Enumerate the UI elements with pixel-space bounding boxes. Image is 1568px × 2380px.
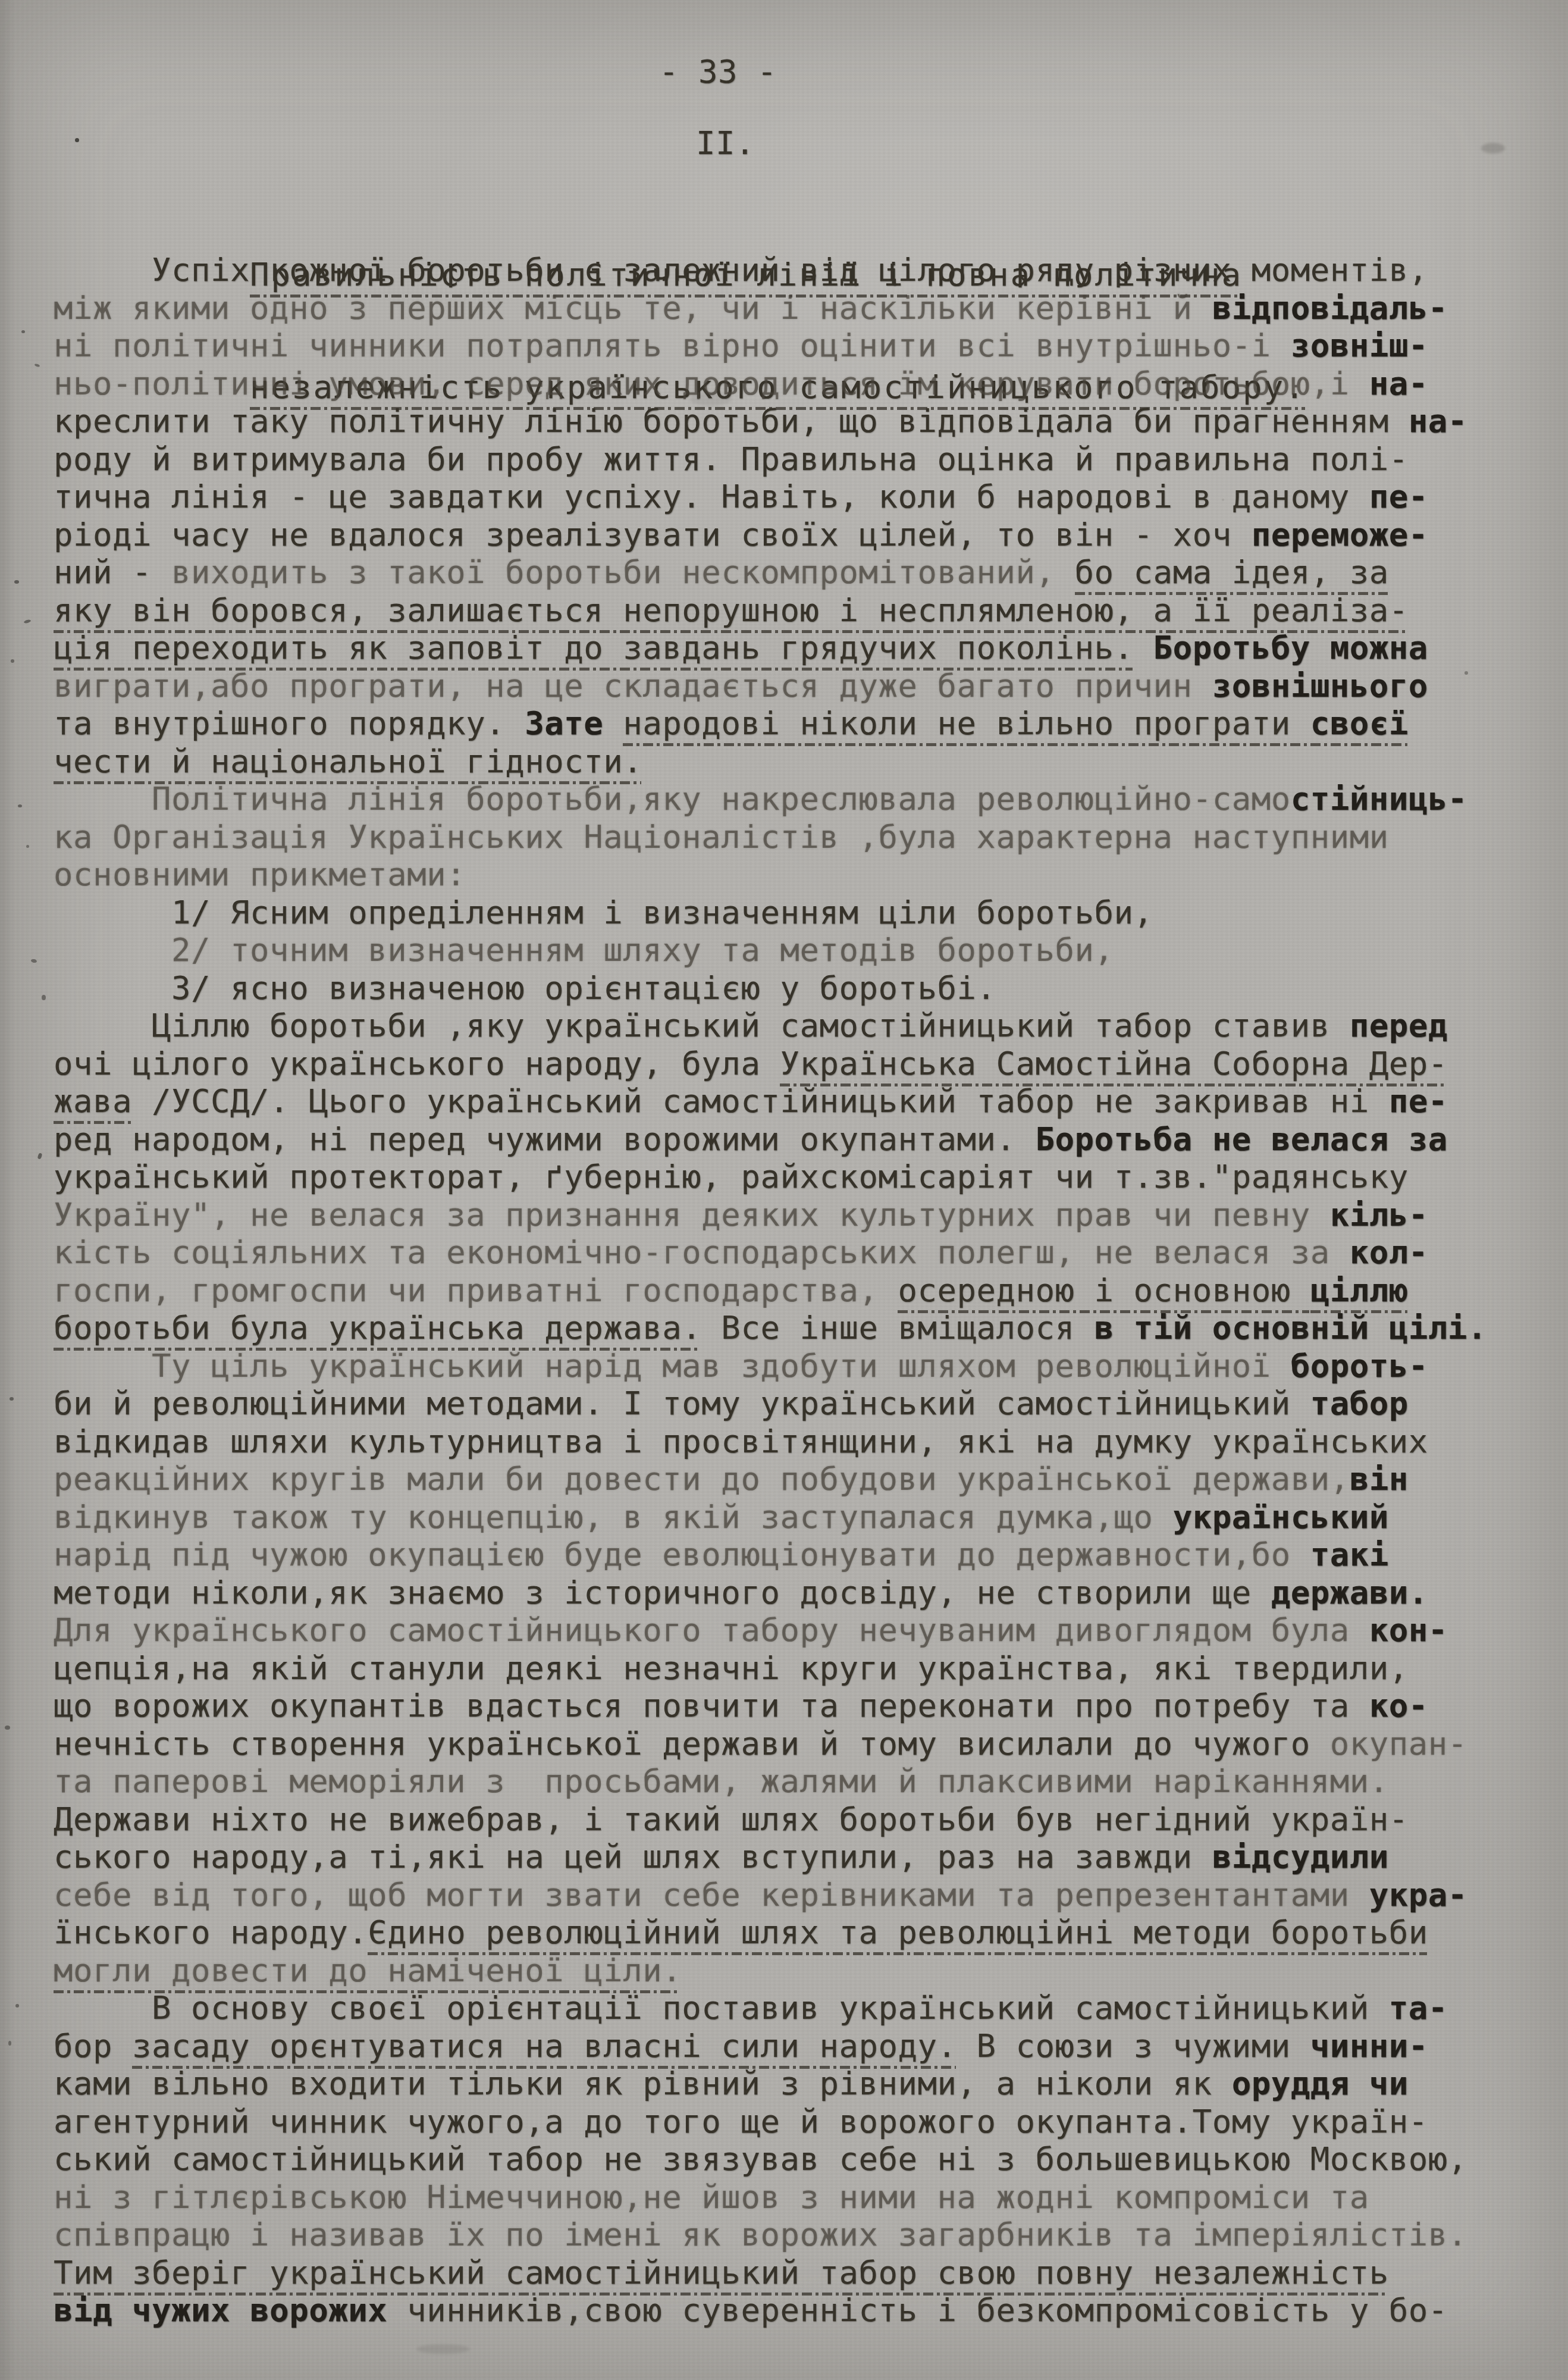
- page-number-text: - 33 -: [659, 53, 777, 90]
- text-segment: яку він боровся, залишається непорушною …: [54, 591, 1409, 629]
- text-segment: Ту ціль український нарід мав здобути шл…: [54, 1347, 1291, 1385]
- text-line: чести й національної гідности.: [54, 743, 1487, 781]
- text-line: відкинув також ту концепцію, в якій заст…: [54, 1498, 1487, 1536]
- text-segment: чинників,свою суверенність і безкомпромі…: [387, 2291, 1448, 2329]
- text-line: та внутрішного порядку. Зате народові ні…: [54, 704, 1487, 743]
- text-line: В основу своєї орієнтації поставив украї…: [54, 1989, 1487, 2027]
- ink-speck: [5, 1725, 10, 1730]
- text-segment: В союзи з чужими: [957, 2027, 1310, 2065]
- text-line: нечність створення української держави й…: [54, 1725, 1487, 1763]
- text-line: ні політичні чинники потраплять вірно оц…: [54, 327, 1487, 365]
- text-line: роду й витримувала би пробу життя. Прави…: [54, 440, 1487, 478]
- text-segment: /УССД/. Цього український самостійницьки…: [132, 1082, 1389, 1120]
- text-segment: Успіх кожної боротьби є залежний від ціл…: [54, 251, 1428, 289]
- text-segment: виграти,або програти, на це складається …: [54, 667, 1212, 704]
- text-segment: Українська Самостійна Соборна Дер-: [780, 1045, 1447, 1082]
- text-line: госпи, громгоспи чи приватні господарств…: [54, 1272, 1487, 1310]
- text-line: тична лінія - це завдатки успіху. Навіть…: [54, 478, 1487, 516]
- text-line: ний - виходить з такої боротьби нескомпр…: [54, 553, 1487, 591]
- text-line: Україну", не велася за признання деяких …: [54, 1196, 1487, 1234]
- text-line: Тим зберіг український самостійницький т…: [54, 2254, 1487, 2292]
- text-segment: Тим зберіг український самостійницький т…: [54, 2254, 1389, 2291]
- page-number: - 33 -: [620, 15, 777, 90]
- ink-speck: [26, 845, 29, 848]
- text-segment: та-: [1389, 1989, 1448, 2027]
- text-segment: ціллю: [1310, 1272, 1409, 1309]
- text-segment: Україну", не велася за признання деяких …: [54, 1196, 1330, 1233]
- text-line: креслити таку політичну лінію боротьби, …: [54, 402, 1487, 440]
- ink-speck: [30, 959, 37, 963]
- text-segment: ні політичні чинники потраплять вірно оц…: [54, 327, 1291, 364]
- text-line: Успіх кожної боротьби є залежний від ціл…: [54, 251, 1487, 289]
- text-segment: виходить з такої боротьби нескомпромітов…: [171, 553, 1075, 591]
- ink-speck: [24, 619, 32, 624]
- text-line: себе від того, щоб могти звати себе кері…: [54, 1876, 1487, 1914]
- text-segment: окупан-: [1330, 1725, 1467, 1762]
- text-line: методи ніколи,як знаємо з історичного до…: [54, 1574, 1487, 1612]
- text-segment: чести й національної гідности.: [54, 743, 642, 780]
- text-segment: держави.: [1271, 1574, 1428, 1611]
- text-segment: бо сама ідея, за: [1075, 553, 1389, 591]
- text-line: ка Організація Українських Націоналістів…: [54, 818, 1487, 856]
- scanned-document-page: { "page": { "number_label": "- 33 -", "s…: [0, 0, 1568, 2380]
- text-segment: співпрацю і називав їх по імені як ворож…: [54, 2216, 1467, 2253]
- text-line: цепція,на якій станули деякі незначні кр…: [54, 1649, 1487, 1687]
- text-segment: Зате: [525, 704, 623, 742]
- ink-speck: [21, 330, 25, 333]
- text-segment: ні з гітлєрівською Німеччиною,не йшов з …: [54, 2178, 1369, 2216]
- text-segment: ського народу,а ті,які на цей шлях вступ…: [54, 1838, 1212, 1875]
- text-segment: госпи, громгоспи чи приватні господарств…: [54, 1272, 898, 1309]
- text-segment: В основу своєї орієнтації поставив украї…: [54, 1989, 1389, 2027]
- text-line: реакційних кругів мали би довести до поб…: [54, 1460, 1487, 1498]
- text-line: відкидав шляхи культурництва і просвітян…: [54, 1423, 1487, 1461]
- text-segment: пе-: [1389, 1082, 1448, 1120]
- text-segment: агентурний чинник чужого,а до того ще й …: [54, 2103, 1428, 2140]
- text-segment: кіль-: [1330, 1196, 1428, 1233]
- text-segment: український протекторат, ґубернію, райхс…: [54, 1158, 1409, 1195]
- text-segment: основними прикметами:: [54, 856, 466, 893]
- text-segment: відкидав шляхи культурництва і просвітян…: [54, 1423, 1428, 1460]
- text-line: ред народом, ні перед чужими ворожими ок…: [54, 1120, 1487, 1158]
- text-line: ні з гітлєрівською Німеччиною,не йшов з …: [54, 2178, 1487, 2216]
- text-segment: 1/ Ясним опреділенням і визначенням ціли…: [54, 894, 1153, 931]
- text-segment: відповідаль-: [1212, 289, 1448, 327]
- text-segment: би й революційними методами. І тому укра…: [54, 1385, 1310, 1422]
- ink-speck: [10, 1397, 14, 1401]
- text-segment: чинни-: [1310, 2027, 1428, 2065]
- ink-speck: [8, 2041, 11, 2046]
- text-segment: Ціллю боротьби ,яку український самостій…: [54, 1007, 1350, 1044]
- text-segment: на-: [1369, 365, 1428, 402]
- text-line: та паперові меморіяли з просьбами, жалям…: [54, 1762, 1487, 1800]
- text-segment: Держави ніхто не вижебрав, і такий шлях …: [54, 1800, 1409, 1838]
- text-segment: ко-: [1369, 1687, 1428, 1724]
- text-segment: ред народом, ні перед чужими ворожими ок…: [54, 1120, 1036, 1158]
- text-segment: Політична лінія боротьби,яку накреслювал…: [54, 780, 1291, 818]
- text-segment: ський самостійницький табор не звязував …: [54, 2140, 1467, 2178]
- text-line: між якими одно з перших місць те, чи і н…: [54, 289, 1487, 327]
- text-segment: Для українського самостійницького табору…: [54, 1611, 1369, 1649]
- text-segment: кон-: [1369, 1611, 1448, 1649]
- text-segment: [1134, 629, 1153, 666]
- text-segment: роду й витримувала би пробу життя. Прави…: [54, 440, 1409, 478]
- text-segment: цепція,на якій станули деякі незначні кр…: [54, 1649, 1409, 1687]
- text-segment: народові ніколи не вільно програти: [623, 704, 1310, 742]
- text-line: їнського народу.Єдино революційний шлях …: [54, 1914, 1487, 1952]
- text-line: Ціллю боротьби ,яку український самостій…: [54, 1007, 1487, 1045]
- text-line: 3/ ясно визначеною орієнтацією у боротьб…: [54, 969, 1487, 1007]
- text-line: від чужих ворожих чинників,свою суверенн…: [54, 2291, 1487, 2329]
- text-line: кість соціяльних та економічно-господарс…: [54, 1233, 1487, 1272]
- text-segment: засаду орєнтуватися на власні сили народ…: [132, 2027, 957, 2065]
- text-line: агентурний чинник чужого,а до того ще й …: [54, 2103, 1487, 2141]
- text-segment: ка Організація Українських Націоналістів…: [54, 818, 1389, 856]
- text-line: нарід під чужою окупацією буде еволюціон…: [54, 1536, 1487, 1574]
- text-line: ньо-політичні умови, серед яких доводить…: [54, 365, 1487, 403]
- text-line: 1/ Ясним опреділенням і визначенням ціли…: [54, 894, 1487, 932]
- text-segment: кість соціяльних та економічно-господарс…: [54, 1233, 1350, 1271]
- text-segment: пе-: [1369, 478, 1428, 515]
- text-segment: від чужих ворожих: [54, 2291, 387, 2329]
- ink-speck: [75, 138, 79, 142]
- text-segment: та паперові меморіяли з просьбами, жалям…: [54, 1762, 1389, 1800]
- text-segment: відсудили: [1212, 1838, 1389, 1875]
- text-segment: стійниць-: [1291, 780, 1467, 818]
- text-line: жава /УССД/. Цього український самостійн…: [54, 1082, 1487, 1120]
- text-segment: їнського народу.: [54, 1914, 368, 1951]
- ink-speck: [15, 2004, 19, 2008]
- text-segment: оруддя чи: [1232, 2065, 1409, 2102]
- text-segment: зовнішнього: [1212, 667, 1428, 704]
- text-line: ками вільно входити тільки як рівний з р…: [54, 2065, 1487, 2103]
- text-line: Держави ніхто не вижебрав, і такий шлях …: [54, 1800, 1487, 1839]
- title-line: Правильність політичної лінії і повна по…: [165, 218, 1306, 256]
- text-segment: український: [1173, 1498, 1389, 1536]
- text-segment: креслити таку політичну лінію боротьби, …: [54, 402, 1409, 440]
- text-segment: такі: [1310, 1536, 1389, 1573]
- text-segment: методи ніколи,як знаємо з історичного до…: [54, 1574, 1271, 1611]
- text-line: 2/ точним визначенням шляху та методів б…: [54, 931, 1487, 969]
- text-line: очі цілого українського народу, була Укр…: [54, 1045, 1487, 1083]
- text-line: ція переходить як заповіт до завдань гря…: [54, 629, 1487, 667]
- text-line: могли довести до наміченої ціли.: [54, 1952, 1487, 1990]
- text-line: співпрацю і називав їх по імені як ворож…: [54, 2216, 1487, 2254]
- ink-speck: [11, 659, 14, 663]
- text-segment: ріоді часу не вдалося зреалізувати своїх…: [54, 516, 1252, 553]
- text-line: Політична лінія боротьби,яку накреслювал…: [54, 780, 1487, 818]
- text-segment: тична лінія - це завдатки успіху. Навіть…: [54, 478, 1369, 515]
- text-segment: кол-: [1350, 1233, 1428, 1271]
- ink-speck: [42, 995, 46, 1000]
- text-segment: між якими одно з перших місць те, чи і н…: [54, 289, 1212, 327]
- text-segment: нечність створення української держави й…: [54, 1725, 1330, 1762]
- text-line: основними прикметами:: [54, 856, 1487, 894]
- text-segment: перед: [1350, 1007, 1448, 1044]
- text-line: боротьби була українська держава. Все ін…: [54, 1309, 1487, 1347]
- ink-speck: [37, 1153, 43, 1159]
- text-segment: жава: [54, 1082, 132, 1120]
- text-segment: табор: [1310, 1385, 1409, 1422]
- text-line: яку він боровся, залишається непорушною …: [54, 591, 1487, 630]
- ink-speck: [35, 364, 40, 368]
- document-body: Успіх кожної боротьби є залежний від ціл…: [54, 251, 1487, 2329]
- text-segment: осередною і основною: [898, 1272, 1310, 1309]
- text-segment: могли довести до наміченої ціли.: [54, 1952, 682, 1989]
- text-segment: реакційних кругів мали би довести до поб…: [54, 1460, 1350, 1498]
- text-segment: себе від того, щоб могти звати себе кері…: [54, 1876, 1369, 1914]
- ink-speck: [14, 580, 19, 584]
- text-segment: нарід під чужою окупацією буде еволюціон…: [54, 1536, 1310, 1573]
- text-segment: бороть-: [1291, 1347, 1428, 1385]
- text-line: ріоді часу не вдалося зреалізувати своїх…: [54, 516, 1487, 554]
- text-segment: 2/ точним визначенням шляху та методів б…: [54, 931, 1114, 969]
- text-segment: боротьби була українська держава.: [54, 1309, 701, 1346]
- text-line: що ворожих окупантів вдасться повчити та…: [54, 1687, 1487, 1725]
- text-segment: відкинув також ту концепцію, в якій заст…: [54, 1498, 1173, 1536]
- text-line: бор засаду орєнтуватися на власні сили н…: [54, 2027, 1487, 2065]
- text-segment: ками вільно входити тільки як рівний з р…: [54, 2065, 1232, 2102]
- text-segment: в тій основній цілі.: [1095, 1309, 1487, 1346]
- text-segment: Боротьба не велася за: [1036, 1120, 1448, 1158]
- text-line: би й революційними методами. І тому укра…: [54, 1385, 1487, 1423]
- text-segment: ньо-політичні умови, серед яких доводить…: [54, 365, 1369, 402]
- text-segment: зовніш-: [1291, 327, 1428, 364]
- smudge-stain: [1481, 143, 1505, 154]
- text-segment: очі цілого українського народу, була: [54, 1045, 780, 1082]
- ink-speck: [18, 804, 22, 807]
- text-segment: ний -: [54, 553, 171, 591]
- smudge-stain: [416, 2344, 470, 2354]
- text-segment: він: [1350, 1460, 1409, 1498]
- text-segment: та внутрішного порядку.: [54, 704, 525, 742]
- text-segment: своєї: [1310, 704, 1409, 742]
- text-line: Ту ціль український нарід мав здобути шл…: [54, 1347, 1487, 1385]
- text-segment: бор: [54, 2027, 132, 2065]
- text-line: ський самостійницький табор не звязував …: [54, 2140, 1487, 2178]
- text-line: ського народу,а ті,які на цей шлях вступ…: [54, 1838, 1487, 1876]
- text-segment: 3/ ясно визначеною орієнтацією у боротьб…: [54, 969, 996, 1007]
- text-segment: ція переходить як заповіт до завдань гря…: [54, 629, 1134, 666]
- text-line: Для українського самостійницького табору…: [54, 1611, 1487, 1649]
- text-segment: переможе-: [1252, 516, 1428, 553]
- text-segment: укра-: [1369, 1876, 1467, 1914]
- text-segment: Все інше вміщалося: [701, 1309, 1094, 1346]
- text-segment: Боротьбу можна: [1153, 629, 1428, 666]
- text-segment: Єдино революційний шлях та революційні м…: [368, 1914, 1428, 1951]
- text-segment: на-: [1409, 402, 1467, 440]
- text-line: український протекторат, ґубернію, райхс…: [54, 1158, 1487, 1196]
- text-line: виграти,або програти, на це складається …: [54, 667, 1487, 705]
- text-segment: що ворожих окупантів вдасться повчити та…: [54, 1687, 1369, 1724]
